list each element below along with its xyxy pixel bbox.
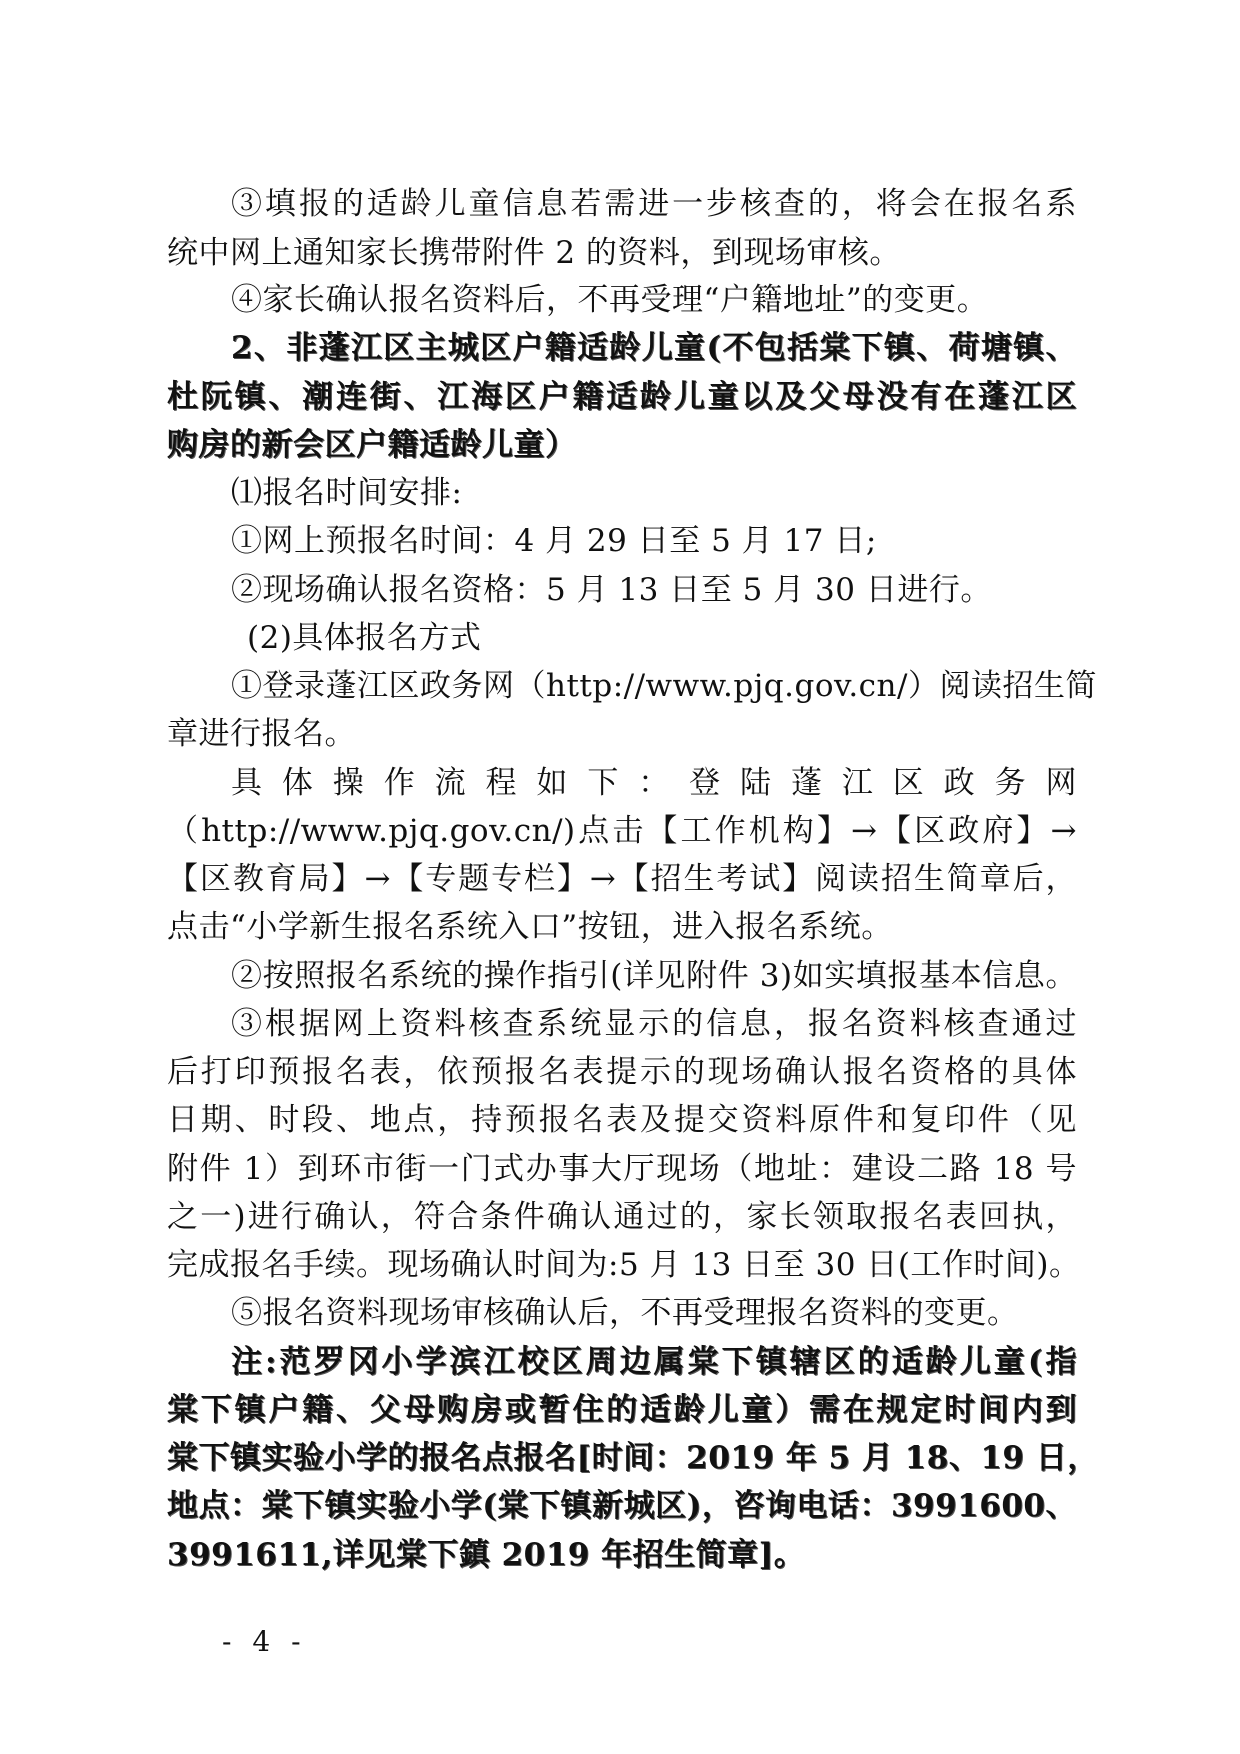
paragraph-line: ③根据网上资料核查系统显示的信息，报名资料核查通过 xyxy=(231,1000,1077,1048)
paragraph-line: 附件 1）到环市街一门式办事大厅现场（地址：建设二路 18 号 xyxy=(167,1145,1077,1193)
paragraph-line: ②按照报名系统的操作指引(详见附件 3)如实填报基本信息。 xyxy=(231,952,1077,1000)
paragraph-line: 完成报名手续。现场确认时间为:5 月 13 日至 30 日(工作时间)。 xyxy=(167,1241,1077,1289)
section-heading-line: 2、非蓬江区主城区户籍适龄儿童(不包括棠下镇、荷塘镇、 xyxy=(231,324,1077,372)
paragraph-line: ①登录蓬江区政务网（http://www.pjq.gov.cn/）阅读招生简 xyxy=(231,662,1077,710)
section-heading-line: 杜阮镇、潮连街、江海区户籍适龄儿童以及父母没有在蓬江区 xyxy=(167,373,1077,421)
subheading-line: ⑴报名时间安排: xyxy=(231,469,462,517)
note-line: 3991611,详见棠下鎮 2019 年招生简章]。 xyxy=(167,1531,805,1579)
paragraph-line: 具体操作流程如下：登陆蓬江区政务网 xyxy=(231,759,1077,807)
paragraph-line: 章进行报名。 xyxy=(167,710,356,758)
paragraph-line: 之一)进行确认，符合条件确认通过的，家长领取报名表回执， xyxy=(167,1193,1077,1241)
paragraph-line: ③填报的适龄儿童信息若需进一步核查的，将会在报名系 xyxy=(231,180,1077,228)
paragraph-line: 统中网上通知家长携带附件 2 的资料，到现场审核。 xyxy=(167,229,901,277)
paragraph-line: 【区教育局】→【专题专栏】→【招生考试】阅读招生简章后， xyxy=(167,855,1077,903)
paragraph-line: 日期、时段、地点，持预报名表及提交资料原件和复印件（见 xyxy=(167,1096,1077,1144)
section-heading-line: 购房的新会区户籍适龄儿童） xyxy=(167,421,577,469)
note-line: 地点：棠下镇实验小学(棠下镇新城区)，咨询电话：3991600、 xyxy=(167,1482,1077,1530)
paragraph-line: 点击“小学新生报名系统入口”按钮，进入报名系统。 xyxy=(167,903,893,951)
note-line: 棠下镇户籍、父母购房或暂住的适龄儿童）需在规定时间内到 xyxy=(167,1386,1077,1434)
paragraph-line: （http://www.pjq.gov.cn/)点击【工作机构】→【区政府】→ xyxy=(167,807,1077,855)
paragraph-line: 后打印预报名表，依预报名表提示的现场确认报名资格的具体 xyxy=(167,1048,1077,1096)
note-line: 棠下镇实验小学的报名点报名[时间：2019 年 5 月 18、19 日， xyxy=(167,1434,1077,1482)
paragraph-line: ②现场确认报名资格：5 月 13 日至 5 月 30 日进行。 xyxy=(231,566,992,614)
subheading-line: (2)具体报名方式 xyxy=(247,614,481,662)
page-number: - 4 - xyxy=(222,1625,307,1658)
paragraph-line: ①网上预报名时间：4 月 29 日至 5 月 17 日; xyxy=(231,517,877,565)
paragraph-line: ⑤报名资料现场审核确认后，不再受理报名资料的变更。 xyxy=(231,1289,1019,1337)
paragraph-line: ④家长确认报名资料后，不再受理“户籍地址”的变更。 xyxy=(231,276,988,324)
note-line: 注:范罗冈小学滨江校区周边属棠下镇辖区的适龄儿童(指 xyxy=(231,1338,1077,1386)
